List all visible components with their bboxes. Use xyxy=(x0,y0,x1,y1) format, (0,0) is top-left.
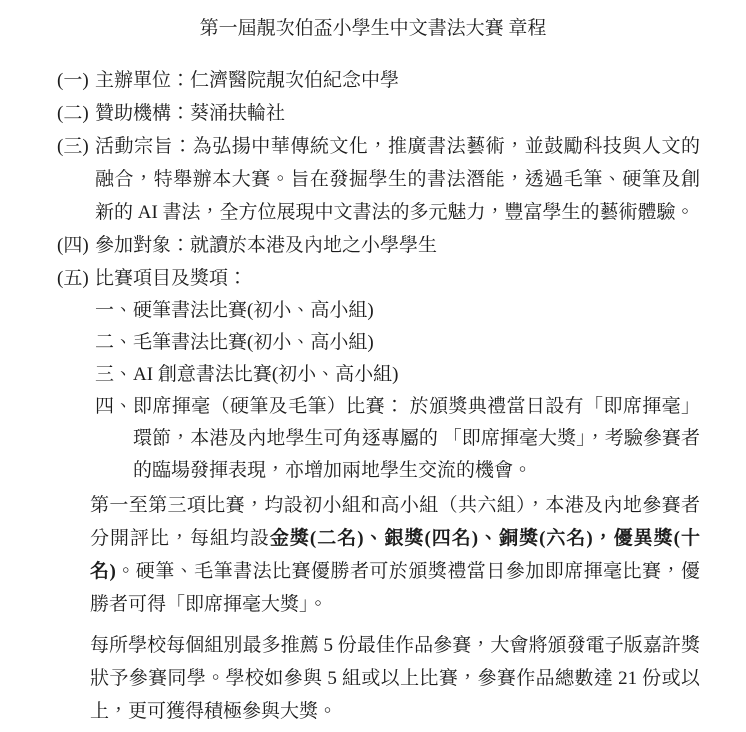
item-marker: (四) xyxy=(57,229,95,262)
item-text: 活動宗旨：為弘揚中華傳統文化，推廣書法藝術，並鼓勵科技與人文的融合，特舉辦本大賽… xyxy=(95,130,700,229)
numbered-item-eligibility: (四) 參加對象：就讀於本港及內地之小學學生 xyxy=(57,229,700,262)
sub-item-text: AI 創意書法比賽(初小、高小組) xyxy=(133,359,700,391)
item-text: 贊助機構：葵涌扶輪社 xyxy=(95,97,700,130)
sub-item-text: 硬筆書法比賽(初小、高小組) xyxy=(133,295,700,327)
numbered-item-sponsor: (二) 贊助機構：葵涌扶輪社 xyxy=(57,97,700,130)
paragraph-awards: 第一至第三項比賽，均設初小組和高小組（共六組），本港及內地參賽者分開評比，每組均… xyxy=(90,489,700,621)
sub-item-marker: 四、 xyxy=(95,391,133,487)
sub-item-on-the-spot: 四、 即席揮毫（硬筆及毛筆）比賽： 於頒獎典禮當日設有「即席揮毫」環節，本港及內… xyxy=(95,391,700,487)
numbered-item-purpose: (三) 活動宗旨：為弘揚中華傳統文化，推廣書法藝術，並鼓勵科技與人文的融合，特舉… xyxy=(57,130,700,229)
item-marker: (一) xyxy=(57,64,95,97)
item-marker: (三) xyxy=(57,130,95,229)
sub-item-hard-pen: 一、 硬筆書法比賽(初小、高小組) xyxy=(95,295,700,327)
sub-item-marker: 三、 xyxy=(95,359,133,391)
sub-item-marker: 一、 xyxy=(95,295,133,327)
numbered-item-categories: (五) 比賽項目及獎項： xyxy=(57,262,700,295)
sub-item-ai-creative: 三、 AI 創意書法比賽(初小、高小組) xyxy=(95,359,700,391)
numbered-item-organizer: (一) 主辦單位：仁濟醫院靚次伯紀念中學 xyxy=(57,64,700,97)
item-text: 參加對象：就讀於本港及內地之小學學生 xyxy=(95,229,700,262)
item-marker: (二) xyxy=(57,97,95,130)
document-title: 第一屆靚次伯盃小學生中文書法大賽 章程 xyxy=(0,14,746,44)
sub-item-text: 即席揮毫（硬筆及毛筆）比賽： 於頒獎典禮當日設有「即席揮毫」環節，本港及內地學生… xyxy=(133,391,700,487)
sub-item-marker: 二、 xyxy=(95,327,133,359)
item-marker: (五) xyxy=(57,262,95,295)
sub-item-text: 毛筆書法比賽(初小、高小組) xyxy=(133,327,700,359)
sub-item-brush: 二、 毛筆書法比賽(初小、高小組) xyxy=(95,327,700,359)
paragraph-school-quota-text: 每所學校每個組別最多推薦 5 份最佳作品參賽，大會將頒發電子版嘉許獎狀予參賽同學… xyxy=(90,635,700,722)
document-page: 第一屆靚次伯盃小學生中文書法大賽 章程 (一) 主辦單位：仁濟醫院靚次伯紀念中學… xyxy=(0,0,746,732)
paragraph-awards-tail: 。硬筆、毛筆書法比賽優勝者可於頒獎禮當日參加即席揮毫比賽，優勝者可得「即席揮毫大… xyxy=(90,561,700,615)
item-text: 主辦單位：仁濟醫院靚次伯紀念中學 xyxy=(95,64,700,97)
item-text: 比賽項目及獎項： xyxy=(95,262,700,295)
paragraph-school-quota: 每所學校每個組別最多推薦 5 份最佳作品參賽，大會將頒發電子版嘉許獎狀予參賽同學… xyxy=(90,629,700,728)
